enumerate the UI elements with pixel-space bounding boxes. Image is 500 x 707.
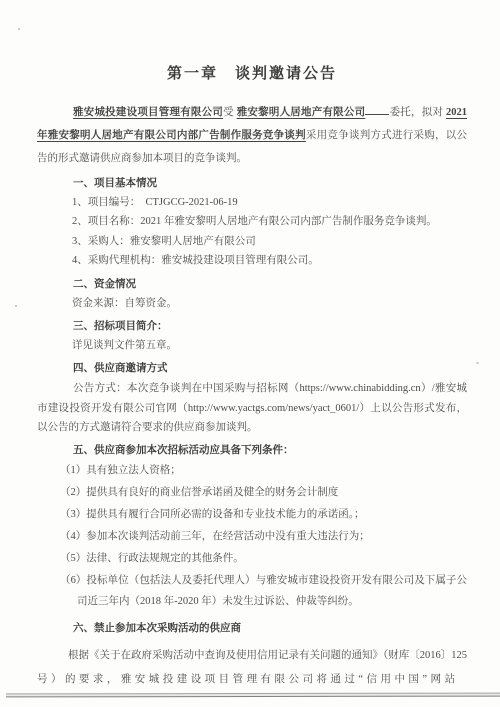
condition-item-1: （1）具有独立法人资格； [37,460,467,481]
section2-heading: 二、资金情况 [37,275,467,294]
scan-speck-2 [15,305,17,307]
intro-text-after-agency: 受 [223,107,237,118]
section1-heading: 一、项目基本情况 [37,174,467,193]
condition-item-4: （4）参加本次谈判活动前三年，在经营活动中没有重大违法行为； [37,526,467,547]
announcement-method-paragraph: 公告方式：本次竞争谈判在中国采购与招标网（https://www.chinabi… [37,379,467,437]
scan-speck-3 [476,362,479,364]
funding-source-line: 资金来源：自筹资金。 [37,294,467,313]
condition-item-2: （2）提供具有良好的商业信誉承诺函及健全的财务会计制度 [37,482,467,503]
client-name: 雅安黎明人居地产有限公司 [237,107,366,118]
scan-speck-1 [18,28,20,30]
intro-text-after-client: 委托，拟对 [389,107,446,118]
page-bottom-edge [6,693,500,698]
project-name-line: 2、项目名称：2021 年雅安黎明人居地产有限公司内部广告制作服务竞争谈判。 [37,212,467,231]
agency-line: 4、采购代理机构：雅安城投建设项目管理有限公司。 [37,251,467,270]
section6-heading: 六、禁止参加本次采购活动的供应商 [37,619,467,638]
section5-heading: 五、供应商参加本次招标活动应具备下列条件： [37,441,467,460]
section4-heading: 四、供应商邀请方式 [37,359,467,378]
intro-paragraph: 雅安城投建设项目管理有限公司受 雅安黎明人居地产有限公司委托，拟对 2021 年… [37,101,467,170]
page-title: 第一章 谈判邀请公告 [37,62,467,83]
condition-item-3: （3）提供具有履行合同所必需的设备和专业技术能力的承诺函。； [37,504,467,525]
document-page: 第一章 谈判邀请公告 雅安城投建设项目管理有限公司受 雅安黎明人居地产有限公司委… [0,0,500,707]
purchaser-line: 3、采购人：雅安黎明人居地产有限公司 [37,232,467,251]
credit-notice-line-1: 根据《关于在政府采购活动中查询及使用信用记录有关问题的通知》（财库〔2016〕1… [37,644,467,668]
blank-underline [365,104,389,115]
condition-item-5: （5）法律、行政法规规定的其他条件。 [37,548,467,569]
project-brief-line: 详见谈判文件第五章。 [37,336,467,355]
section3-heading: 三、招标项目简介： [37,317,467,336]
agency-name: 雅安城投建设项目管理有限公司 [73,107,223,118]
credit-notice-line-2: 号）的要求，雅安城投建设项目管理有限公司将通过“信用中国”网站 [37,668,467,692]
condition-item-6: （6）投标单位（包括法人及委托代理人）与雅安城市建设投资开发有限公司及下属子公司… [37,570,467,612]
project-number-line: 1、项目编号： CTJGCG-2021-06-19 [37,193,467,212]
